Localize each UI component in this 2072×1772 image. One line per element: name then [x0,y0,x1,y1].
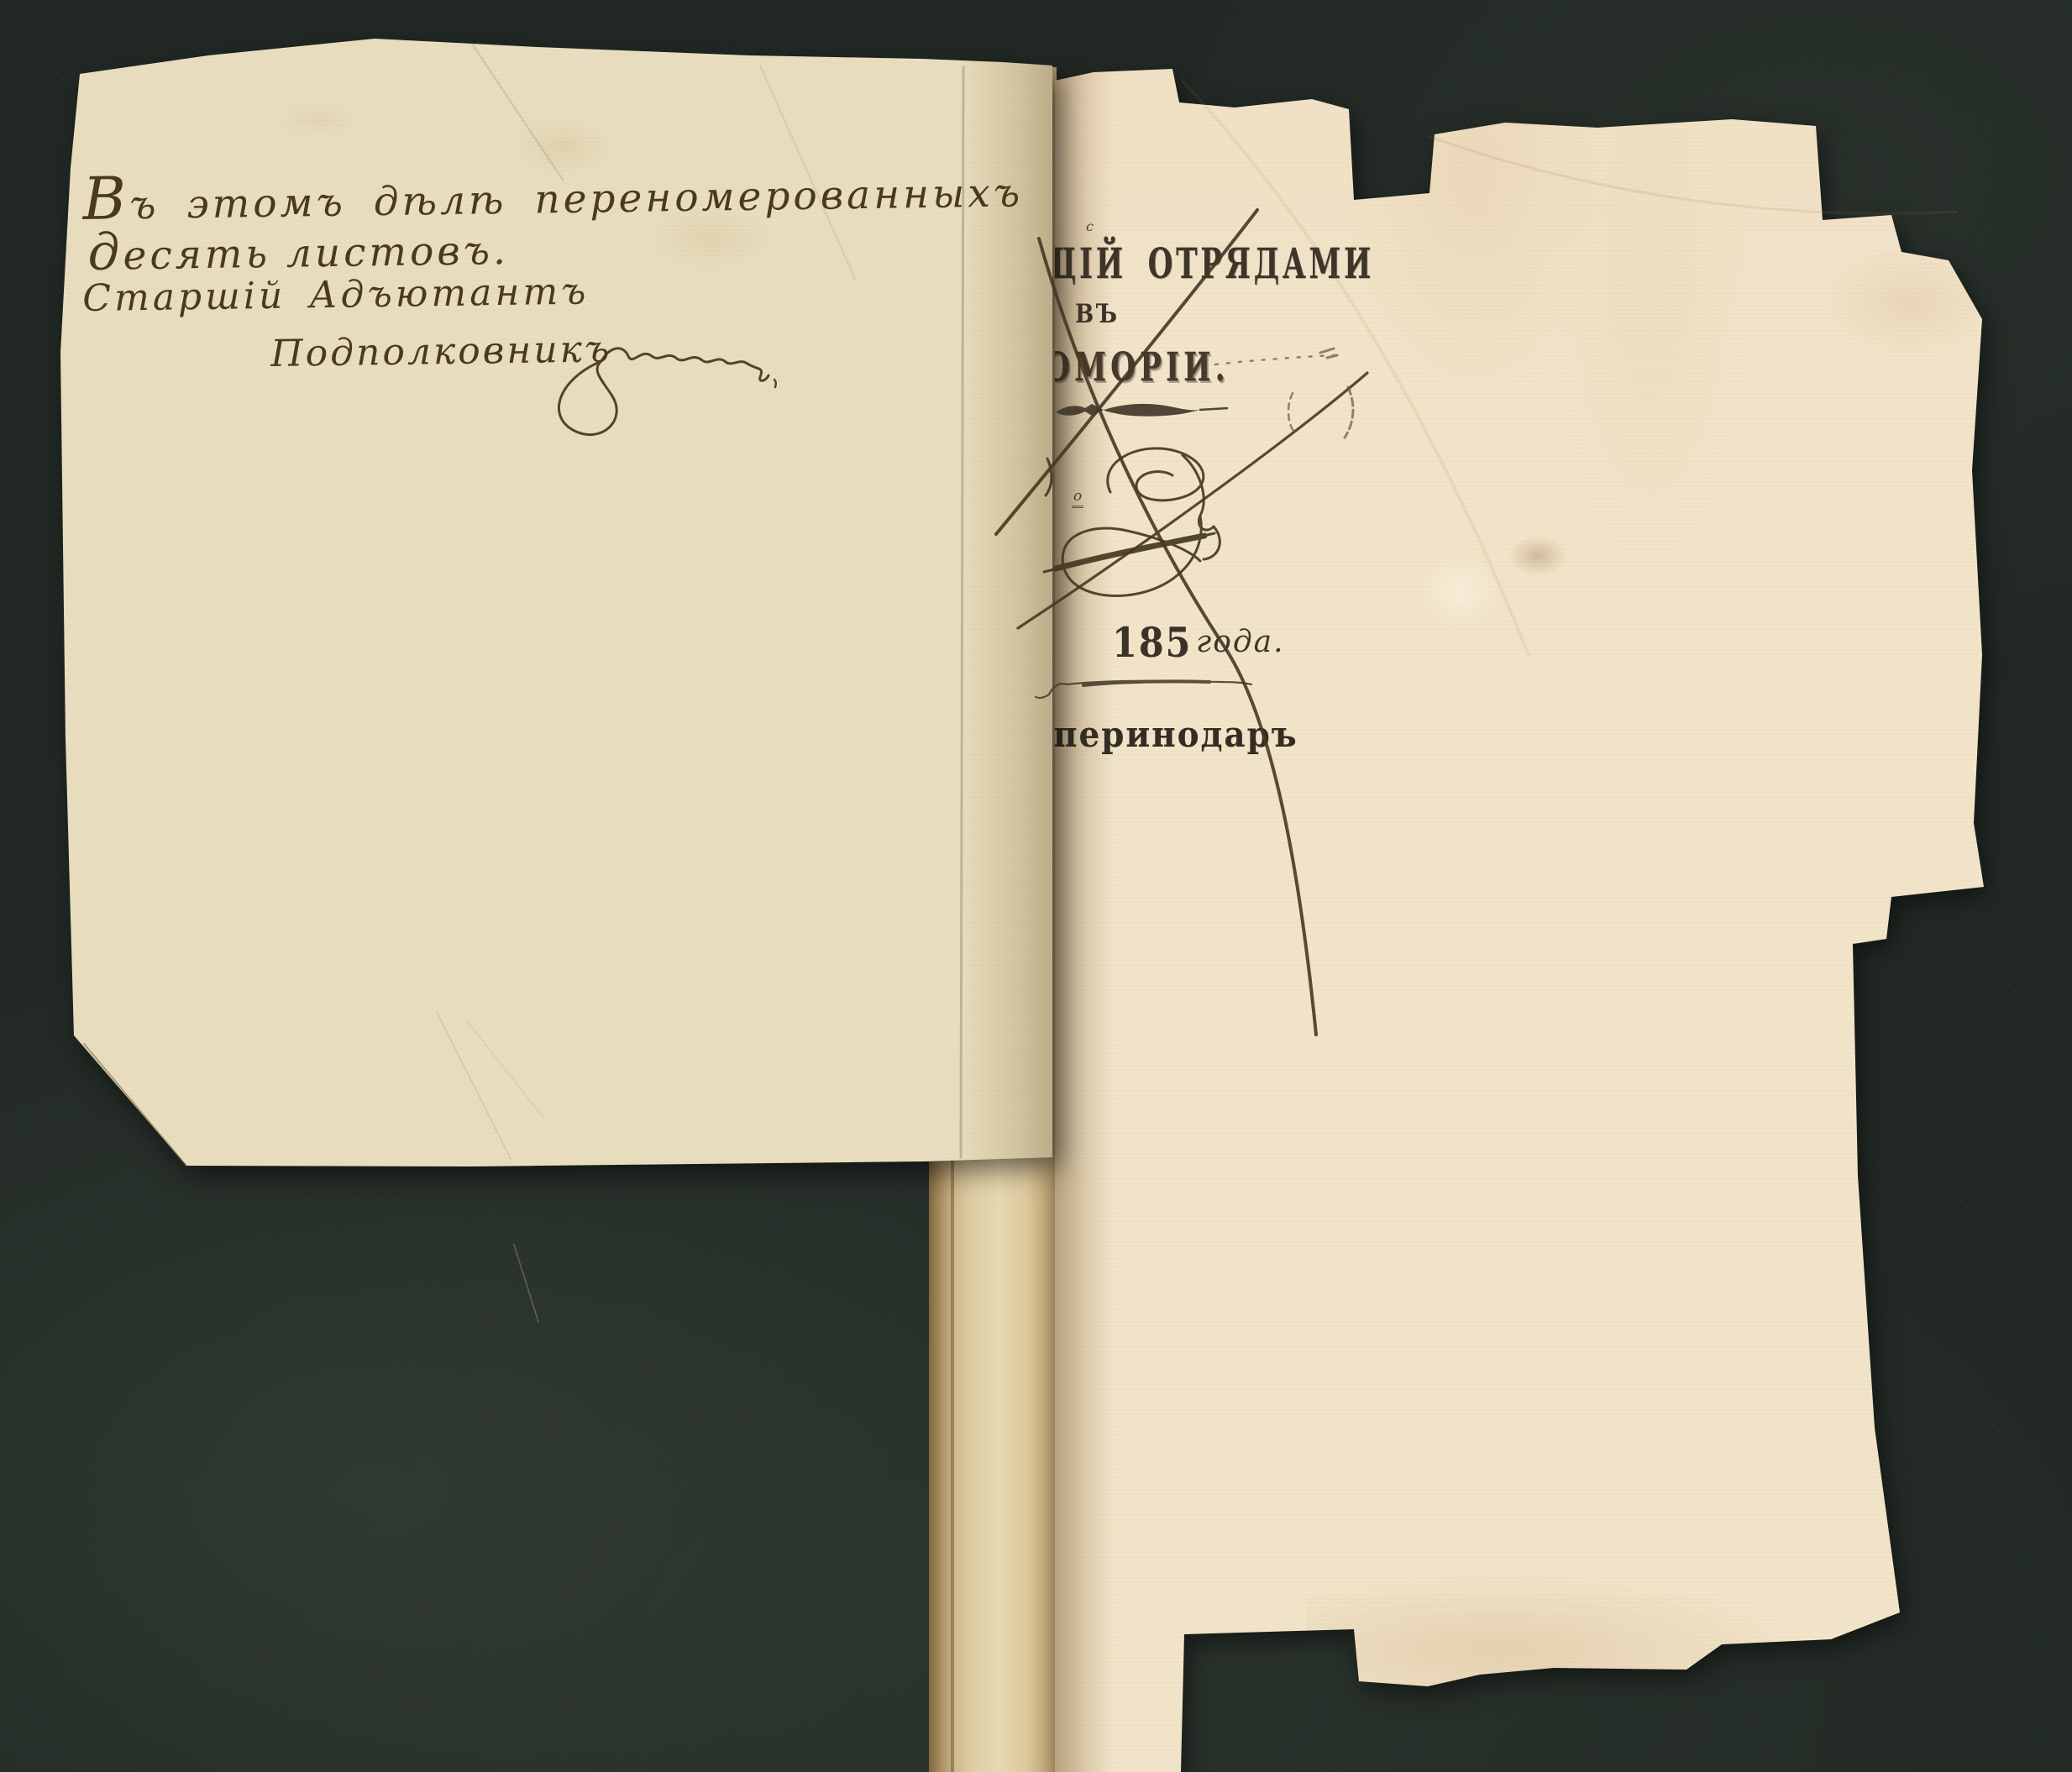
handwriting-line-4-rank: Подполковникъ [270,328,612,375]
left-page-gutter-fold-shade [957,59,1052,1161]
left-page-fox-spot [277,97,361,143]
archival-book-scan: с ЩІЙ ОТРЯДАМИ ВЪ ОМОРІИ. о 185 года. пе… [0,0,2072,1772]
handwriting-line-3: Старшій Адъютантъ [82,270,590,320]
left-page-shadow: Въ этомъ дѣлѣ переномерованныхъ семь- де… [0,0,2072,1772]
left-page: Въ этомъ дѣлѣ переномерованныхъ семь- де… [0,0,2072,1772]
